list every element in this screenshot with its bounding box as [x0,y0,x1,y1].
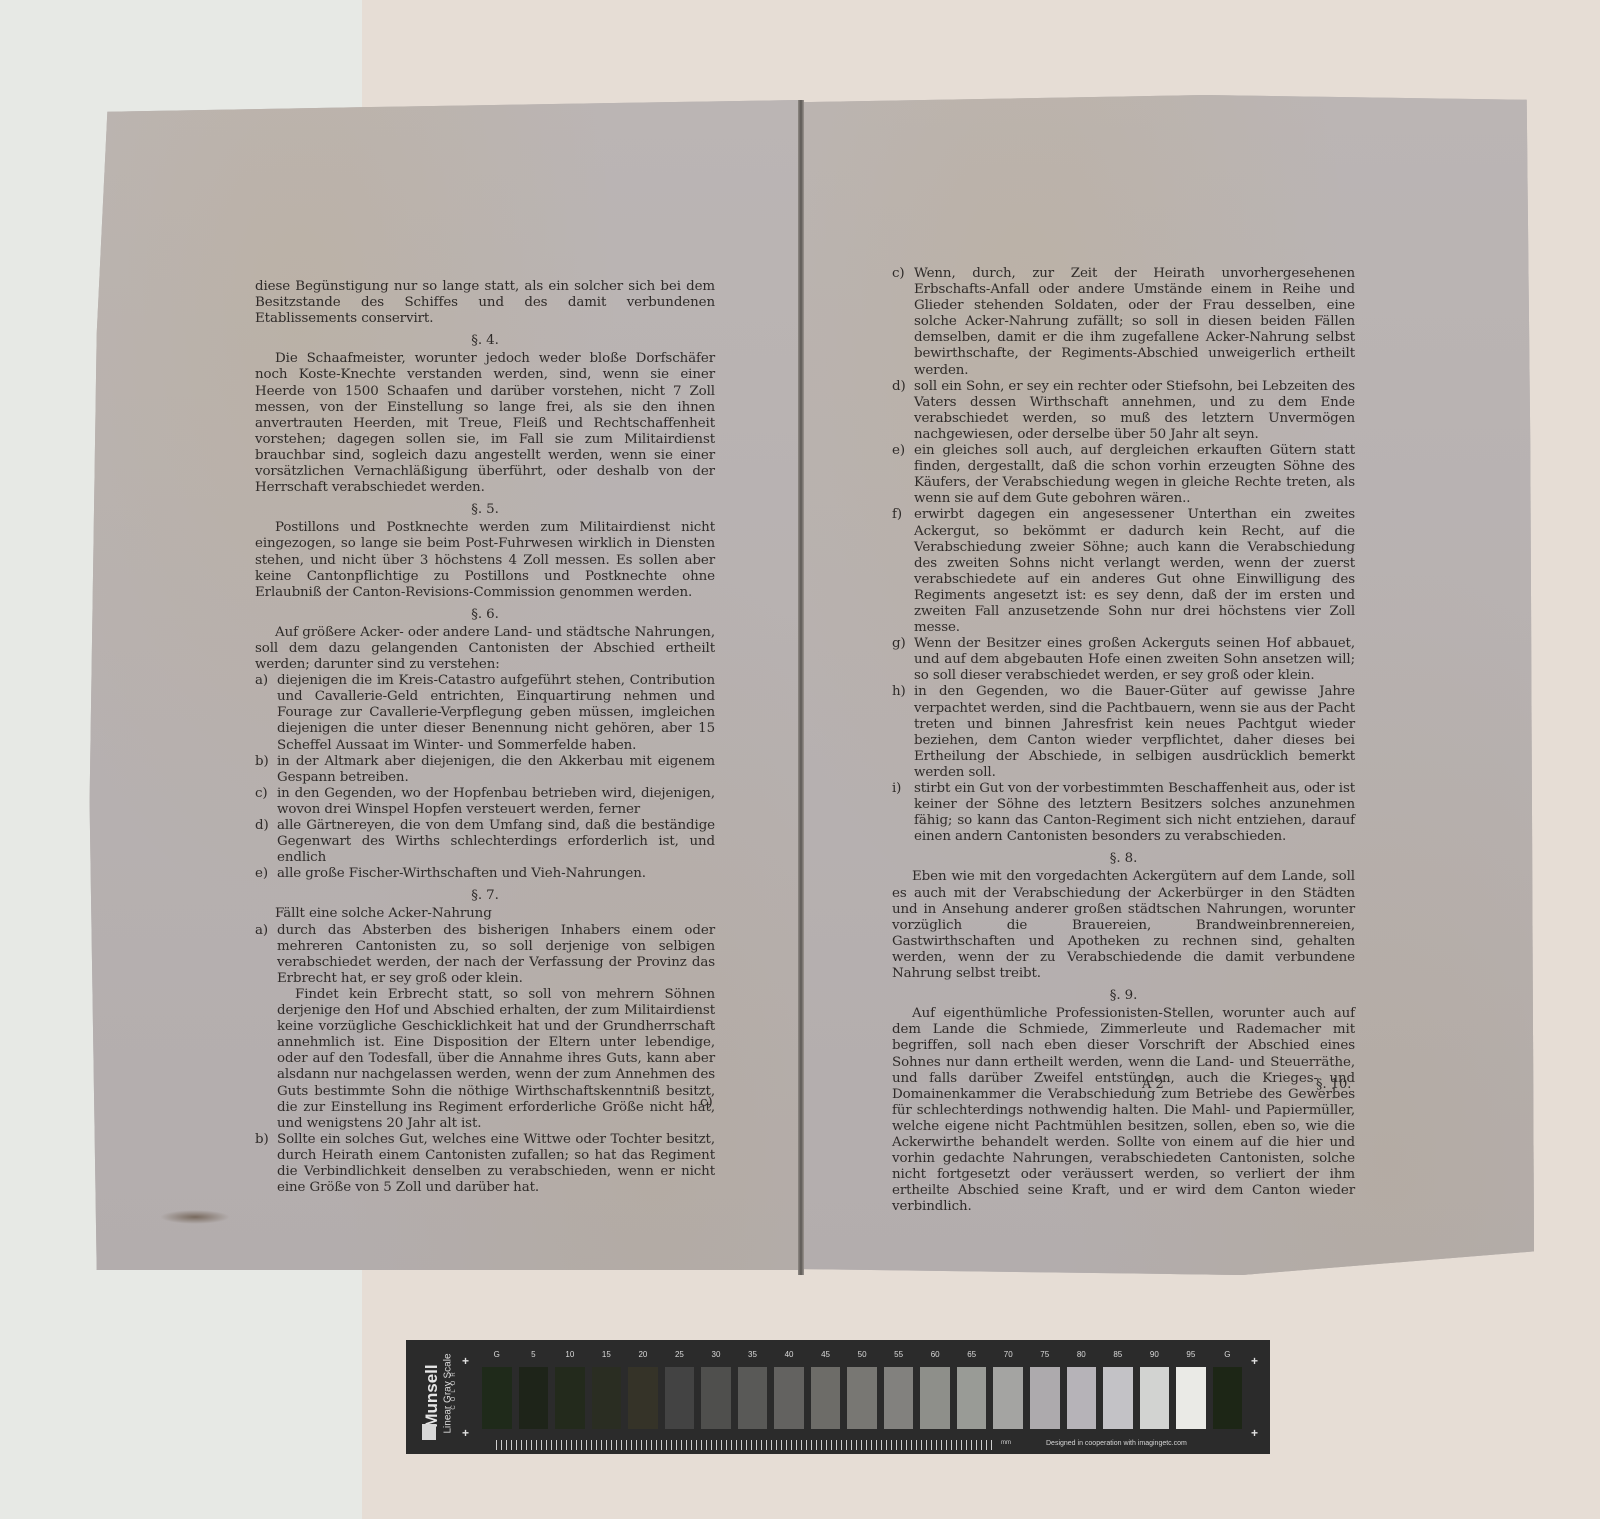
gray-swatch: 75 [1030,1350,1060,1435]
mm-ruler [496,1440,996,1450]
swatch-color [1213,1367,1243,1429]
swatch-color [1067,1367,1097,1429]
gray-swatch: 95 [1176,1350,1206,1435]
list-text: alle große Fischer-Wirthschaften und Vie… [277,866,715,882]
swatch-label: G [1213,1350,1243,1359]
swatch-label: 10 [555,1350,585,1359]
section-mark-7: §. 7. [255,888,715,904]
munsell-logo-icon [422,1424,436,1440]
gray-swatch: 85 [1103,1350,1133,1435]
swatch-label: 75 [1030,1350,1060,1359]
gray-swatch: 10 [555,1350,585,1435]
list-marker: a) [255,673,277,753]
list-item: c) in den Gegenden, wo der Hopfenbau bet… [255,786,715,818]
list-text: stirbt ein Gut von der vorbestimmten Bes… [914,781,1355,845]
list-item: b) Sollte ein solches Gut, welches eine … [255,1132,715,1196]
list-marker: c) [892,266,914,379]
swatch-label: G [482,1350,512,1359]
section-mark-6: §. 6. [255,607,715,623]
swatch-color [628,1367,658,1429]
gray-swatches: G5101520253035404550556065707580859095G [482,1350,1242,1435]
list-text: durch das Absterben des bisherigen Inhab… [277,923,715,987]
swatch-label: 35 [738,1350,768,1359]
swatch-color [774,1367,804,1429]
section-mark-4: §. 4. [255,333,715,349]
swatch-label: 80 [1067,1350,1097,1359]
list-item: d) soll ein Sohn, er sey ein rechter ode… [892,379,1355,443]
swatch-color [847,1367,877,1429]
section-mark-9: §. 9. [892,988,1355,1004]
card-credit: Designed in cooperation with imagingetc.… [1046,1440,1187,1447]
swatch-label: 45 [811,1350,841,1359]
gray-swatch: 65 [957,1350,987,1435]
swatch-color [1103,1367,1133,1429]
list-marker: c) [255,786,277,818]
list-item: e) ein gleiches soll auch, auf dergleich… [892,443,1355,507]
gray-swatch: 55 [884,1350,914,1435]
swatch-color [592,1367,622,1429]
list-text: ein gleiches soll auch, auf dergleichen … [914,443,1355,507]
scale-title: Linear Gray Scale [438,1344,458,1450]
swatch-color [665,1367,695,1429]
swatch-color [957,1367,987,1429]
munsell-gray-scale-card: Munsell COLOR Linear Gray Scale + + + + … [406,1340,1270,1454]
registration-plus-icon: + [462,1426,469,1440]
gray-swatch: 60 [920,1350,950,1435]
gray-swatch: 45 [811,1350,841,1435]
list-item: e) alle große Fischer-Wirthschaften und … [255,866,715,882]
gray-swatch: 80 [1067,1350,1097,1435]
list-marker: b) [255,1132,277,1196]
list-marker: f) [892,507,914,636]
list-marker: e) [255,866,277,882]
catchword-right: §. 10. [1316,1077,1351,1092]
swatch-label: 95 [1176,1350,1206,1359]
section-mark-5: §. 5. [255,502,715,518]
list-text: Wenn, durch, zur Zeit der Heirath unvorh… [914,266,1355,379]
sub-paragraph: Findet kein Erbrecht statt, so soll von … [277,987,715,1132]
section-mark-8: §. 8. [892,851,1355,867]
swatch-label: 65 [957,1350,987,1359]
list-item: b) in der Altmark aber diejenigen, die d… [255,754,715,786]
list-marker: i) [892,781,914,845]
intro-paragraph: diese Begünstigung nur so lange statt, a… [255,279,715,327]
swatch-label: 60 [920,1350,950,1359]
swatch-color [920,1367,950,1429]
list-marker: a) [255,923,277,987]
list-marker: g) [892,636,914,684]
section-9-text: Auf eigenthümliche Professionisten-Stell… [892,1006,1355,1215]
ruler-unit: mm [1001,1440,1011,1446]
swatch-label: 5 [519,1350,549,1359]
swatch-label: 30 [701,1350,731,1359]
list-text: in der Altmark aber diejenigen, die den … [277,754,715,786]
swatch-color [519,1367,549,1429]
list-text: alle Gärtnereyen, die von dem Umfang sin… [277,818,715,866]
section-6-text: Auf größere Acker- oder andere Land- und… [255,625,715,673]
catchword-left: c) [700,1095,713,1110]
gray-swatch: 70 [993,1350,1023,1435]
registration-plus-icon: + [1251,1354,1258,1368]
list-item: h) in den Gegenden, wo die Bauer-Güter a… [892,684,1355,781]
swatch-color [701,1367,731,1429]
gray-swatch: 30 [701,1350,731,1435]
list-item: c) Wenn, durch, zur Zeit der Heirath unv… [892,266,1355,379]
swatch-color [555,1367,585,1429]
swatch-label: 20 [628,1350,658,1359]
list-text: diejenigen die im Kreis-Catastro aufgefü… [277,673,715,753]
list-item: a) durch das Absterben des bisherigen In… [255,923,715,987]
section-7-lead: Fällt eine solche Acker-Nahrung [255,906,715,922]
list-item: f) erwirbt dagegen ein angesessener Unte… [892,507,1355,636]
gray-swatch: 90 [1140,1350,1170,1435]
swatch-color [1176,1367,1206,1429]
swatch-label: 40 [774,1350,804,1359]
registration-plus-icon: + [462,1354,469,1368]
list-item: a) diejenigen die im Kreis-Catastro aufg… [255,673,715,753]
gray-swatch: 20 [628,1350,658,1435]
swatch-label: 55 [884,1350,914,1359]
swatch-label: 70 [993,1350,1023,1359]
scale-title-text: Linear Gray Scale [443,1344,454,1444]
binding-gutter [798,100,804,1275]
section-8-text: Eben wie mit den vorgedachten Ackergüter… [892,869,1355,982]
swatch-color [738,1367,768,1429]
left-page-text: diese Begünstigung nur so lange statt, a… [255,279,715,1196]
list-text: in den Gegenden, wo die Bauer-Güter auf … [914,684,1355,781]
gray-swatch: G [1213,1350,1243,1435]
ink-stain [160,1210,230,1224]
list-text: Sollte ein solches Gut, welches eine Wit… [277,1132,715,1196]
signature-mark: A 2 [1142,1077,1164,1092]
gray-swatch: 35 [738,1350,768,1435]
swatch-color [811,1367,841,1429]
list-marker: d) [892,379,914,443]
list-marker: d) [255,818,277,866]
swatch-color [993,1367,1023,1429]
swatch-label: 15 [592,1350,622,1359]
list-text: Wenn der Besitzer eines großen Ackerguts… [914,636,1355,684]
swatch-label: 90 [1140,1350,1170,1359]
list-marker: h) [892,684,914,781]
gray-swatch: 15 [592,1350,622,1435]
gray-swatch: 5 [519,1350,549,1435]
swatch-label: 25 [665,1350,695,1359]
swatch-color [1030,1367,1060,1429]
gray-swatch: G [482,1350,512,1435]
list-text: soll ein Sohn, er sey ein rechter oder S… [914,379,1355,443]
gray-swatch: 50 [847,1350,877,1435]
swatch-label: 85 [1103,1350,1133,1359]
list-item: i) stirbt ein Gut von der vorbestimmten … [892,781,1355,845]
list-marker: b) [255,754,277,786]
swatch-color [884,1367,914,1429]
list-text: in den Gegenden, wo der Hopfenbau betrie… [277,786,715,818]
gray-swatch: 25 [665,1350,695,1435]
section-4-text: Die Schaafmeister, worunter jedoch weder… [255,351,715,496]
list-text: erwirbt dagegen ein angesessener Unterth… [914,507,1355,636]
section-5-text: Postillons und Postknechte werden zum Mi… [255,520,715,600]
swatch-color [482,1367,512,1429]
list-item: d) alle Gärtnereyen, die von dem Umfang … [255,818,715,866]
swatch-color [1140,1367,1170,1429]
right-page-text: c) Wenn, durch, zur Zeit der Heirath unv… [892,266,1355,1215]
list-marker: e) [892,443,914,507]
registration-plus-icon: + [1251,1426,1258,1440]
list-item: g) Wenn der Besitzer eines großen Ackerg… [892,636,1355,684]
swatch-label: 50 [847,1350,877,1359]
gray-swatch: 40 [774,1350,804,1435]
